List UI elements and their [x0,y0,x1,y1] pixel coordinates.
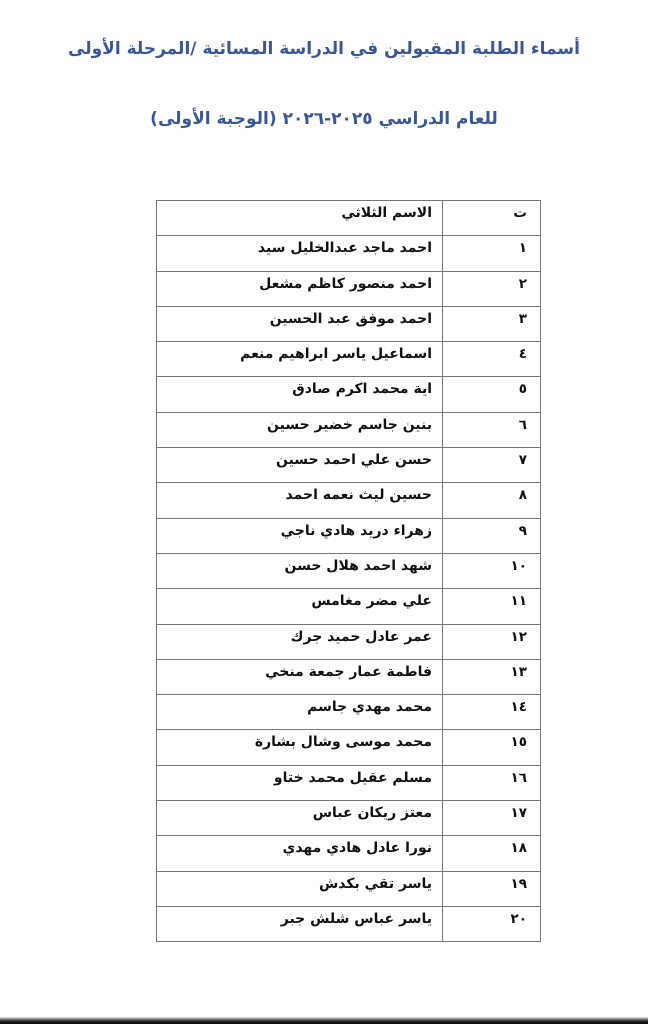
table-row: ٢احمد منصور كاظم مشعل [157,271,541,306]
student-name-cell: ياسر عباس شلش جبر [157,906,443,941]
table-row: ٣احمد موفق عبد الحسين [157,306,541,341]
student-index-cell: ١٧ [443,801,541,836]
table-row: ١١علي مضر مغامس [157,589,541,624]
table-row: ١٨نورا عادل هادي مهدي [157,836,541,871]
table-row: ١٦مسلم عقيل محمد ختاو [157,765,541,800]
student-index-cell: ٨ [443,483,541,518]
student-index-cell: ٤ [443,342,541,377]
student-index-cell: ٧ [443,448,541,483]
document-title-line2: للعام الدراسي ٢٠٢٥-٢٠٢٦ (الوجبة الأولى) [0,106,648,132]
student-index-cell: ١ [443,236,541,271]
student-index-cell: ١٥ [443,730,541,765]
student-index-cell: ٦ [443,412,541,447]
table-row: ١٠شهد احمد هلال حسن [157,553,541,588]
student-name-cell: محمد موسى وشال بشارة [157,730,443,765]
table-row: ١٥محمد موسى وشال بشارة [157,730,541,765]
page-bottom-scan-edge [0,1014,648,1024]
student-index-cell: ١١ [443,589,541,624]
student-name-cell: ياسر تقي بكدش [157,871,443,906]
document-page: أسماء الطلبة المقبولين في الدراسة المسائ… [0,0,648,1024]
student-name-cell: حسين ليث نعمه احمد [157,483,443,518]
student-index-cell: ١٣ [443,659,541,694]
student-name-cell: عمر عادل حميد جرك [157,624,443,659]
student-index-cell: ٥ [443,377,541,412]
student-name-cell: اسماعيل ياسر ابراهيم منعم [157,342,443,377]
student-index-cell: ١٠ [443,553,541,588]
student-index-cell: ١٢ [443,624,541,659]
table-row: ٢٠ياسر عباس شلش جبر [157,906,541,941]
student-name-cell: حسن علي احمد حسين [157,448,443,483]
students-table-body: ١احمد ماجد عبدالخليل سيد٢احمد منصور كاظم… [157,236,541,942]
table-row: ١احمد ماجد عبدالخليل سيد [157,236,541,271]
table-row: ٥اية محمد اكرم صادق [157,377,541,412]
student-name-cell: محمد مهدي جاسم [157,695,443,730]
student-index-cell: ٣ [443,306,541,341]
student-name-cell: نورا عادل هادي مهدي [157,836,443,871]
student-index-cell: ١٨ [443,836,541,871]
student-index-cell: ١٤ [443,695,541,730]
document-title: أسماء الطلبة المقبولين في الدراسة المسائ… [0,36,648,132]
student-name-cell: زهراء دريد هادي ناجي [157,518,443,553]
student-index-cell: ٢٠ [443,906,541,941]
student-name-cell: احمد ماجد عبدالخليل سيد [157,236,443,271]
student-name-cell: بنين جاسم خضير حسين [157,412,443,447]
students-table: ت الاسم الثلاثي ١احمد ماجد عبدالخليل سيد… [156,200,541,942]
table-row: ٧حسن علي احمد حسين [157,448,541,483]
student-name-cell: احمد منصور كاظم مشعل [157,271,443,306]
student-name-cell: اية محمد اكرم صادق [157,377,443,412]
document-title-line1: أسماء الطلبة المقبولين في الدراسة المسائ… [0,36,648,62]
student-name-cell: شهد احمد هلال حسن [157,553,443,588]
table-row: ١٣فاطمة عمار جمعة منخي [157,659,541,694]
table-row: ٤اسماعيل ياسر ابراهيم منعم [157,342,541,377]
table-row: ٨حسين ليث نعمه احمد [157,483,541,518]
student-index-cell: ١٩ [443,871,541,906]
student-name-cell: علي مضر مغامس [157,589,443,624]
student-index-cell: ٩ [443,518,541,553]
student-name-cell: فاطمة عمار جمعة منخي [157,659,443,694]
col-header-name: الاسم الثلاثي [157,201,443,236]
table-row: ٦بنين جاسم خضير حسين [157,412,541,447]
table-header-row: ت الاسم الثلاثي [157,201,541,236]
table-row: ١٢عمر عادل حميد جرك [157,624,541,659]
student-name-cell: مسلم عقيل محمد ختاو [157,765,443,800]
student-index-cell: ٢ [443,271,541,306]
table-row: ١٤محمد مهدي جاسم [157,695,541,730]
table-row: ١٩ياسر تقي بكدش [157,871,541,906]
student-name-cell: احمد موفق عبد الحسين [157,306,443,341]
student-index-cell: ١٦ [443,765,541,800]
col-header-index: ت [443,201,541,236]
table-row: ٩زهراء دريد هادي ناجي [157,518,541,553]
table-row: ١٧معتز ريكان عباس [157,801,541,836]
student-name-cell: معتز ريكان عباس [157,801,443,836]
